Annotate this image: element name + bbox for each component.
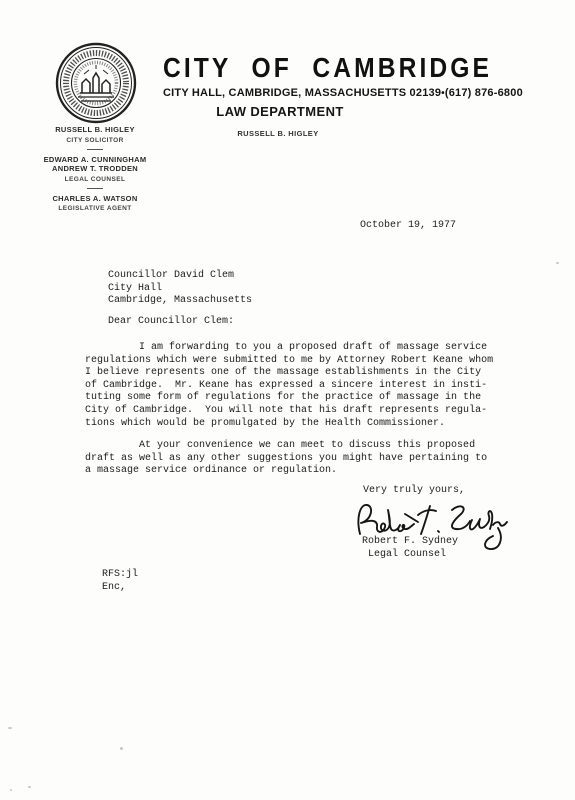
- official-title: LEGAL COUNSEL: [25, 176, 165, 183]
- official-group: RUSSELL B. HIGLEY CITY SOLICITOR: [25, 125, 165, 144]
- officials-sidebar: RUSSELL B. HIGLEY CITY SOLICITOR EDWARD …: [25, 125, 165, 212]
- scan-artifact: [556, 262, 559, 264]
- city-of-cambridge-seal-icon: [54, 41, 138, 125]
- letterhead-phone: (617) 876-6800: [445, 87, 523, 99]
- scan-artifact: [120, 747, 123, 750]
- salutation: Dear Councillor Clem:: [108, 316, 234, 329]
- scanned-letter-page: CITY OF CAMBRIDGE CITY HALL, CAMBRIDGE, …: [0, 0, 575, 800]
- official-title: CITY SOLICITOR: [25, 137, 165, 144]
- official-group: EDWARD A. CUNNINGHAM ANDREW T. TRODDEN L…: [25, 155, 165, 183]
- department-name: LAW DEPARTMENT: [170, 104, 390, 119]
- reference-initials: RFS:jl: [102, 569, 138, 582]
- official-names: EDWARD A. CUNNINGHAM ANDREW T. TRODDEN: [25, 155, 165, 174]
- department-head-name: RUSSELL B. HIGLEY: [178, 129, 378, 138]
- letter-date: October 19, 1977: [360, 220, 456, 233]
- letter-paragraphs: I am forwarding to you a proposed draft …: [85, 342, 525, 478]
- letterhead-title: CITY OF CAMBRIDGE: [163, 52, 492, 84]
- enclosure-notation: Enc,: [102, 582, 126, 595]
- official-title: LEGISLATIVE AGENT: [25, 205, 165, 212]
- paragraph: I am forwarding to you a proposed draft …: [85, 342, 525, 430]
- official-names: CHARLES A. WATSON: [25, 194, 165, 204]
- signed-name: Robert F. Sydney: [362, 536, 458, 549]
- official-names: RUSSELL B. HIGLEY: [25, 125, 165, 135]
- letterhead-address-row: CITY HALL, CAMBRIDGE, MASSACHUSETTS 0213…: [163, 87, 510, 99]
- letterhead-address: CITY HALL, CAMBRIDGE, MASSACHUSETTS 0213…: [163, 87, 441, 99]
- paragraph: At your convenience we can meet to discu…: [85, 440, 525, 478]
- scan-artifact: [8, 727, 12, 729]
- scan-artifact: [10, 789, 12, 791]
- official-group: CHARLES A. WATSON LEGISLATIVE AGENT: [25, 194, 165, 213]
- divider: [87, 149, 103, 150]
- divider: [87, 188, 103, 189]
- signed-title: Legal Counsel: [368, 549, 446, 562]
- recipient-address: Councillor David Clem City Hall Cambridg…: [108, 270, 252, 308]
- closing-line: Very truly yours,: [363, 485, 465, 498]
- scan-artifact: [28, 786, 31, 788]
